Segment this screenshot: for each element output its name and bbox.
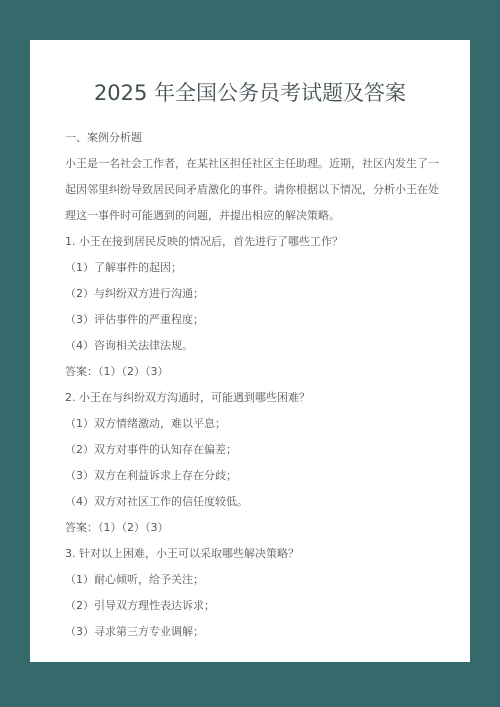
intro-line: 小王是一名社会工作者，在某社区担任社区主任助理。近期，社区内发生了一: [65, 151, 450, 177]
question-2-option-1: （1）双方情绪激动，难以平息；: [65, 411, 450, 437]
question-1-option-3: （3）评估事件的严重程度；: [65, 307, 450, 333]
question-2-stem: 2. 小王在与纠纷双方沟通时，可能遇到哪些困难？: [65, 385, 450, 411]
question-3-option-1: （1）耐心倾听，给予关注；: [65, 567, 450, 593]
question-1-stem: 1. 小王在接到居民反映的情况后，首先进行了哪些工作？: [65, 229, 450, 255]
intro-line: 起因邻里纠纷导致居民间矛盾激化的事件。请你根据以下情况，分析小王在处: [65, 177, 450, 203]
question-3-stem: 3. 针对以上困难，小王可以采取哪些解决策略？: [65, 541, 450, 567]
question-1-option-2: （2）与纠纷双方进行沟通；: [65, 281, 450, 307]
document-title: 2025 年全国公务员考试题及答案: [30, 78, 470, 108]
question-3-option-3: （3）寻求第三方专业调解；: [65, 619, 450, 645]
intro-line: 理这一事件时可能遇到的问题，并提出相应的解决策略。: [65, 203, 450, 229]
document-page: 2025 年全国公务员考试题及答案 一、案例分析题 小王是一名社会工作者，在某社…: [30, 40, 470, 662]
question-2-option-2: （2）双方对事件的认知存在偏差；: [65, 437, 450, 463]
document-body: 一、案例分析题 小王是一名社会工作者，在某社区担任社区主任助理。近期，社区内发生…: [30, 125, 470, 645]
question-3-option-2: （2）引导双方理性表达诉求；: [65, 593, 450, 619]
section-heading: 一、案例分析题: [65, 125, 450, 151]
question-2-option-4: （4）双方对社区工作的信任度较低。: [65, 489, 450, 515]
question-2-option-3: （3）双方在利益诉求上存在分歧；: [65, 463, 450, 489]
page-background: 2025 年全国公务员考试题及答案 一、案例分析题 小王是一名社会工作者，在某社…: [0, 0, 500, 707]
question-1-option-1: （1）了解事件的起因；: [65, 255, 450, 281]
question-1-option-4: （4）咨询相关法律法规。: [65, 333, 450, 359]
question-1-answer: 答案：（1）（2）（3）: [65, 359, 450, 385]
question-2-answer: 答案：（1）（2）（3）: [65, 515, 450, 541]
